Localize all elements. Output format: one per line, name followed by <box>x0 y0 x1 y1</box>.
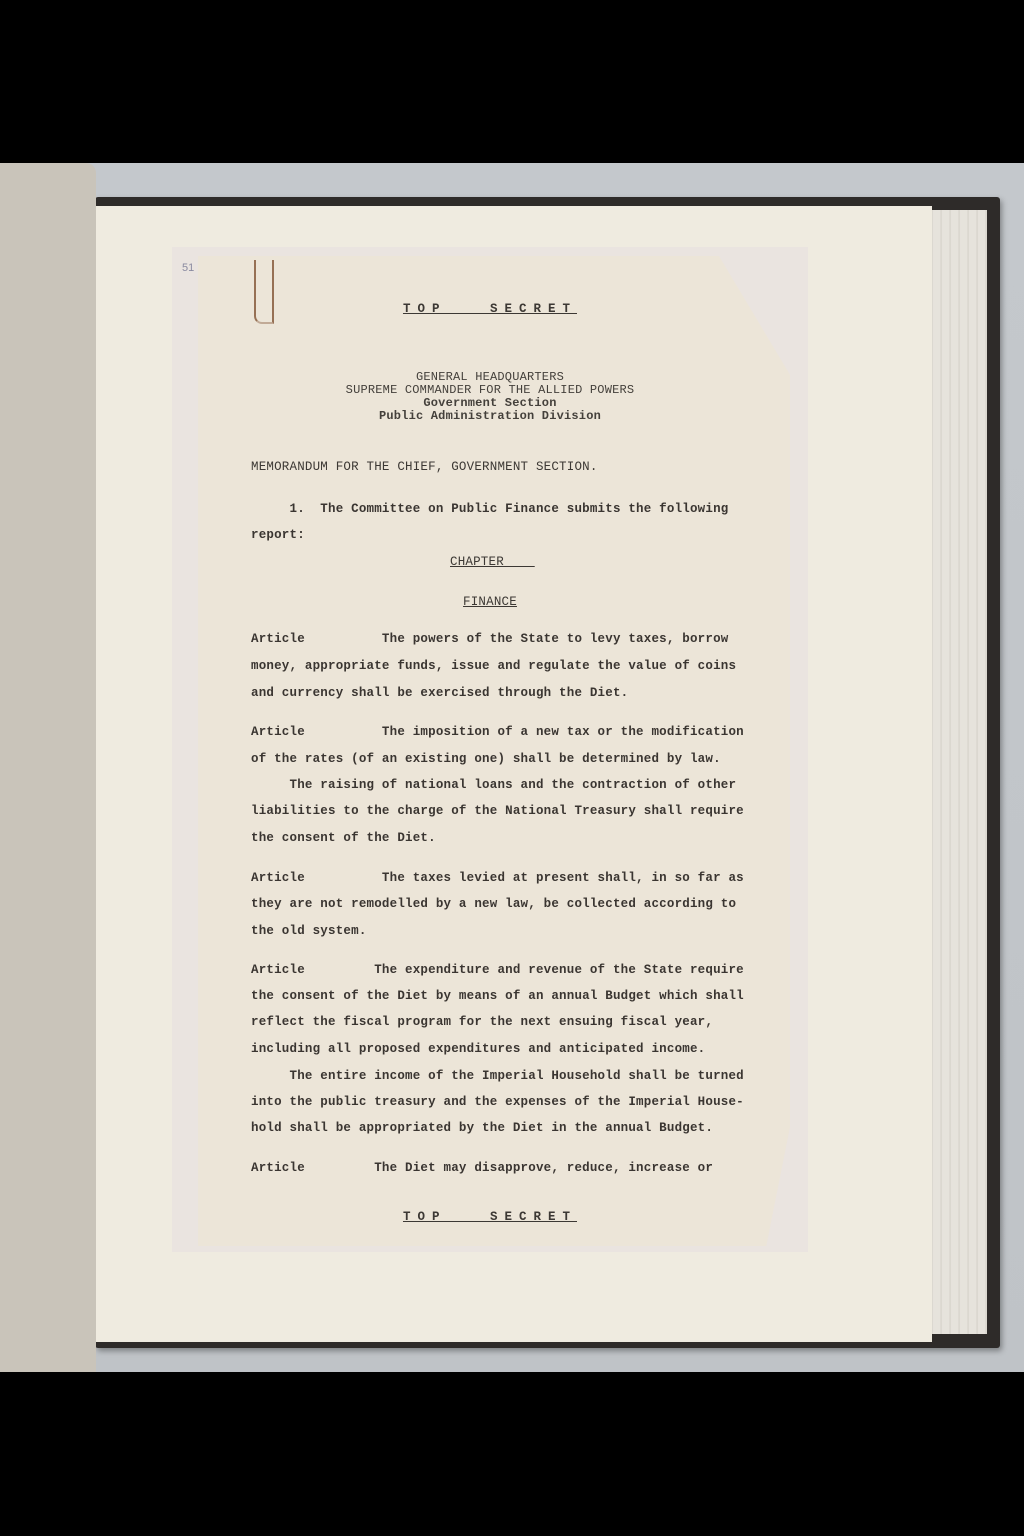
header-line-4: Public Administration Division <box>172 410 808 423</box>
body-line: hold shall be appropriated by the Diet i… <box>251 1121 713 1135</box>
body-line: of the rates (of an existing one) shall … <box>251 752 721 766</box>
body-line: the old system. <box>251 924 367 938</box>
intro-line-1: 1. The Committee on Public Finance submi… <box>251 502 728 516</box>
folio-number: 51 <box>182 262 194 274</box>
body-line: reflect the fiscal program for the next … <box>251 1015 713 1029</box>
body-line: The entire income of the Imperial Househ… <box>251 1069 744 1083</box>
chapter-heading: CHAPTER <box>450 555 535 569</box>
body-line: the consent of the Diet by means of an a… <box>251 989 744 1003</box>
body-line: Article The imposition of a new tax or t… <box>251 725 744 739</box>
classification-top: TOP SECRET <box>172 302 808 316</box>
body-line: the consent of the Diet. <box>251 831 436 845</box>
body-line: Article The powers of the State to levy … <box>251 632 728 646</box>
body-line: liabilities to the charge of the Nationa… <box>251 804 744 818</box>
body-line: Article The Diet may disapprove, reduce,… <box>251 1161 713 1175</box>
body-line: Article The taxes levied at present shal… <box>251 871 744 885</box>
memo-line: MEMORANDUM FOR THE CHIEF, GOVERNMENT SEC… <box>251 460 598 474</box>
chapter-title: FINANCE <box>172 595 808 609</box>
intro-line-2: report: <box>251 528 305 542</box>
body-line: including all proposed expenditures and … <box>251 1042 705 1056</box>
body-line: they are not remodelled by a new law, be… <box>251 897 736 911</box>
body-line: into the public treasury and the expense… <box>251 1095 744 1109</box>
body-line: and currency shall be exercised through … <box>251 686 628 700</box>
body-line: Article The expenditure and revenue of t… <box>251 963 744 977</box>
body-line: money, appropriate funds, issue and regu… <box>251 659 736 673</box>
classification-bottom: TOP SECRET <box>172 1210 808 1224</box>
left-leaf <box>0 163 96 1372</box>
page-edges <box>925 210 987 1334</box>
body-line: The raising of national loans and the co… <box>251 778 736 792</box>
